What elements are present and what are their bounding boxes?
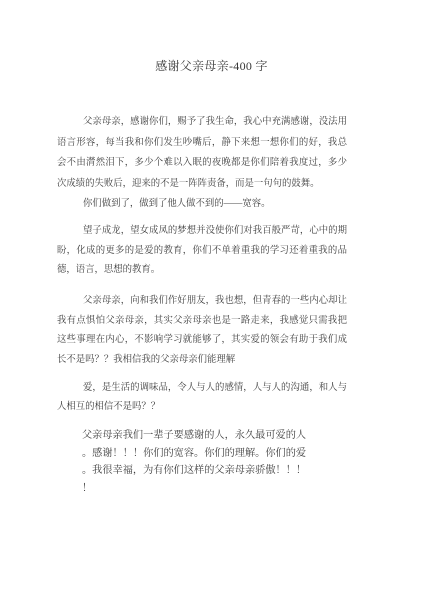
paragraph-closing: 父亲母亲我们一辈子要感谢的人，永久最可爱的人。感谢！！！你们的宽容。你们的理解。… — [82, 427, 314, 497]
text-line: 长不是吗？？我相信我的父亲母亲们能理解 — [57, 351, 347, 371]
text-line: 这些事理在内心，不影响学习就能够了，其实爱的领会有助于我们成 — [57, 331, 347, 351]
text-line: 我有点惧怕父亲母亲，其实父亲母亲也是一路走来，我感觉只需我把 — [57, 312, 347, 332]
text-line: 望子成龙，望女成凤的梦想并没使你们对我百般严苛，心中的期 — [57, 222, 347, 242]
text-line: 德，语言，思想的教育。 — [57, 261, 347, 281]
text-line: 会不由潸然泪下，多少个难以入眠的夜晚都是你们陪着我度过，多少 — [57, 153, 347, 174]
text-line: 父亲母亲我们一辈子要感谢的人，永久最可爱的人 — [82, 427, 314, 445]
text-line: 次成绩的失败后，迎来的不是一阵阵责备，而是一句句的鼓舞。 — [57, 174, 347, 195]
document-body: 父亲母亲，感谢你们，赐予了我生命，我心中充满感谢，没法用语言形容，每当我和你们发… — [57, 0, 347, 600]
text-line: 你们做到了，做到了他人做不到的——宽容。 — [57, 194, 347, 214]
paragraph-friendship: 父亲母亲，向和我们作好朋友，我也想，但青春的一些内心却让我有点惧怕父亲母亲，其实… — [57, 292, 347, 370]
text-line: 。感谢！！！你们的宽容。你们的理解。你们的爱 — [82, 445, 314, 463]
text-line: 父亲母亲，向和我们作好朋友，我也想，但青春的一些内心却让 — [57, 292, 347, 312]
text-line: 语言形容，每当我和你们发生吵嘴后，静下来想一想你们的好，我总 — [57, 133, 347, 154]
paragraph-love: 爱，是生活的调味品，令人与人的感情，人与人的沟通，和人与人相互的相信不是吗？？ — [57, 379, 347, 416]
text-line: ！ — [82, 480, 314, 498]
text-line: 爱，是生活的调味品，令人与人的感情，人与人的沟通，和人与 — [57, 379, 347, 398]
paragraph-education: 望子成龙，望女成凤的梦想并没使你们对我百般严苛，心中的期盼，化成的更多的是爱的教… — [57, 222, 347, 281]
document-page: 感谢父亲母亲-400 字 父亲母亲，感谢你们，赐予了我生命，我心中充满感谢，没法… — [0, 0, 423, 600]
text-line: 盼，化成的更多的是爱的教育，你们不单着重我的学习还着重我的品 — [57, 242, 347, 262]
paragraph-tolerance: 你们做到了，做到了他人做不到的——宽容。 — [57, 194, 347, 214]
text-line: 人相互的相信不是吗？？ — [57, 398, 347, 417]
text-line: 父亲母亲，感谢你们，赐予了我生命，我心中充满感谢，没法用 — [57, 112, 347, 133]
paragraph-gratitude-intro: 父亲母亲，感谢你们，赐予了我生命，我心中充满感谢，没法用语言形容，每当我和你们发… — [57, 112, 347, 194]
text-line: 。我很幸福，为有你们这样的父亲母亲骄傲！！！ — [82, 462, 314, 480]
